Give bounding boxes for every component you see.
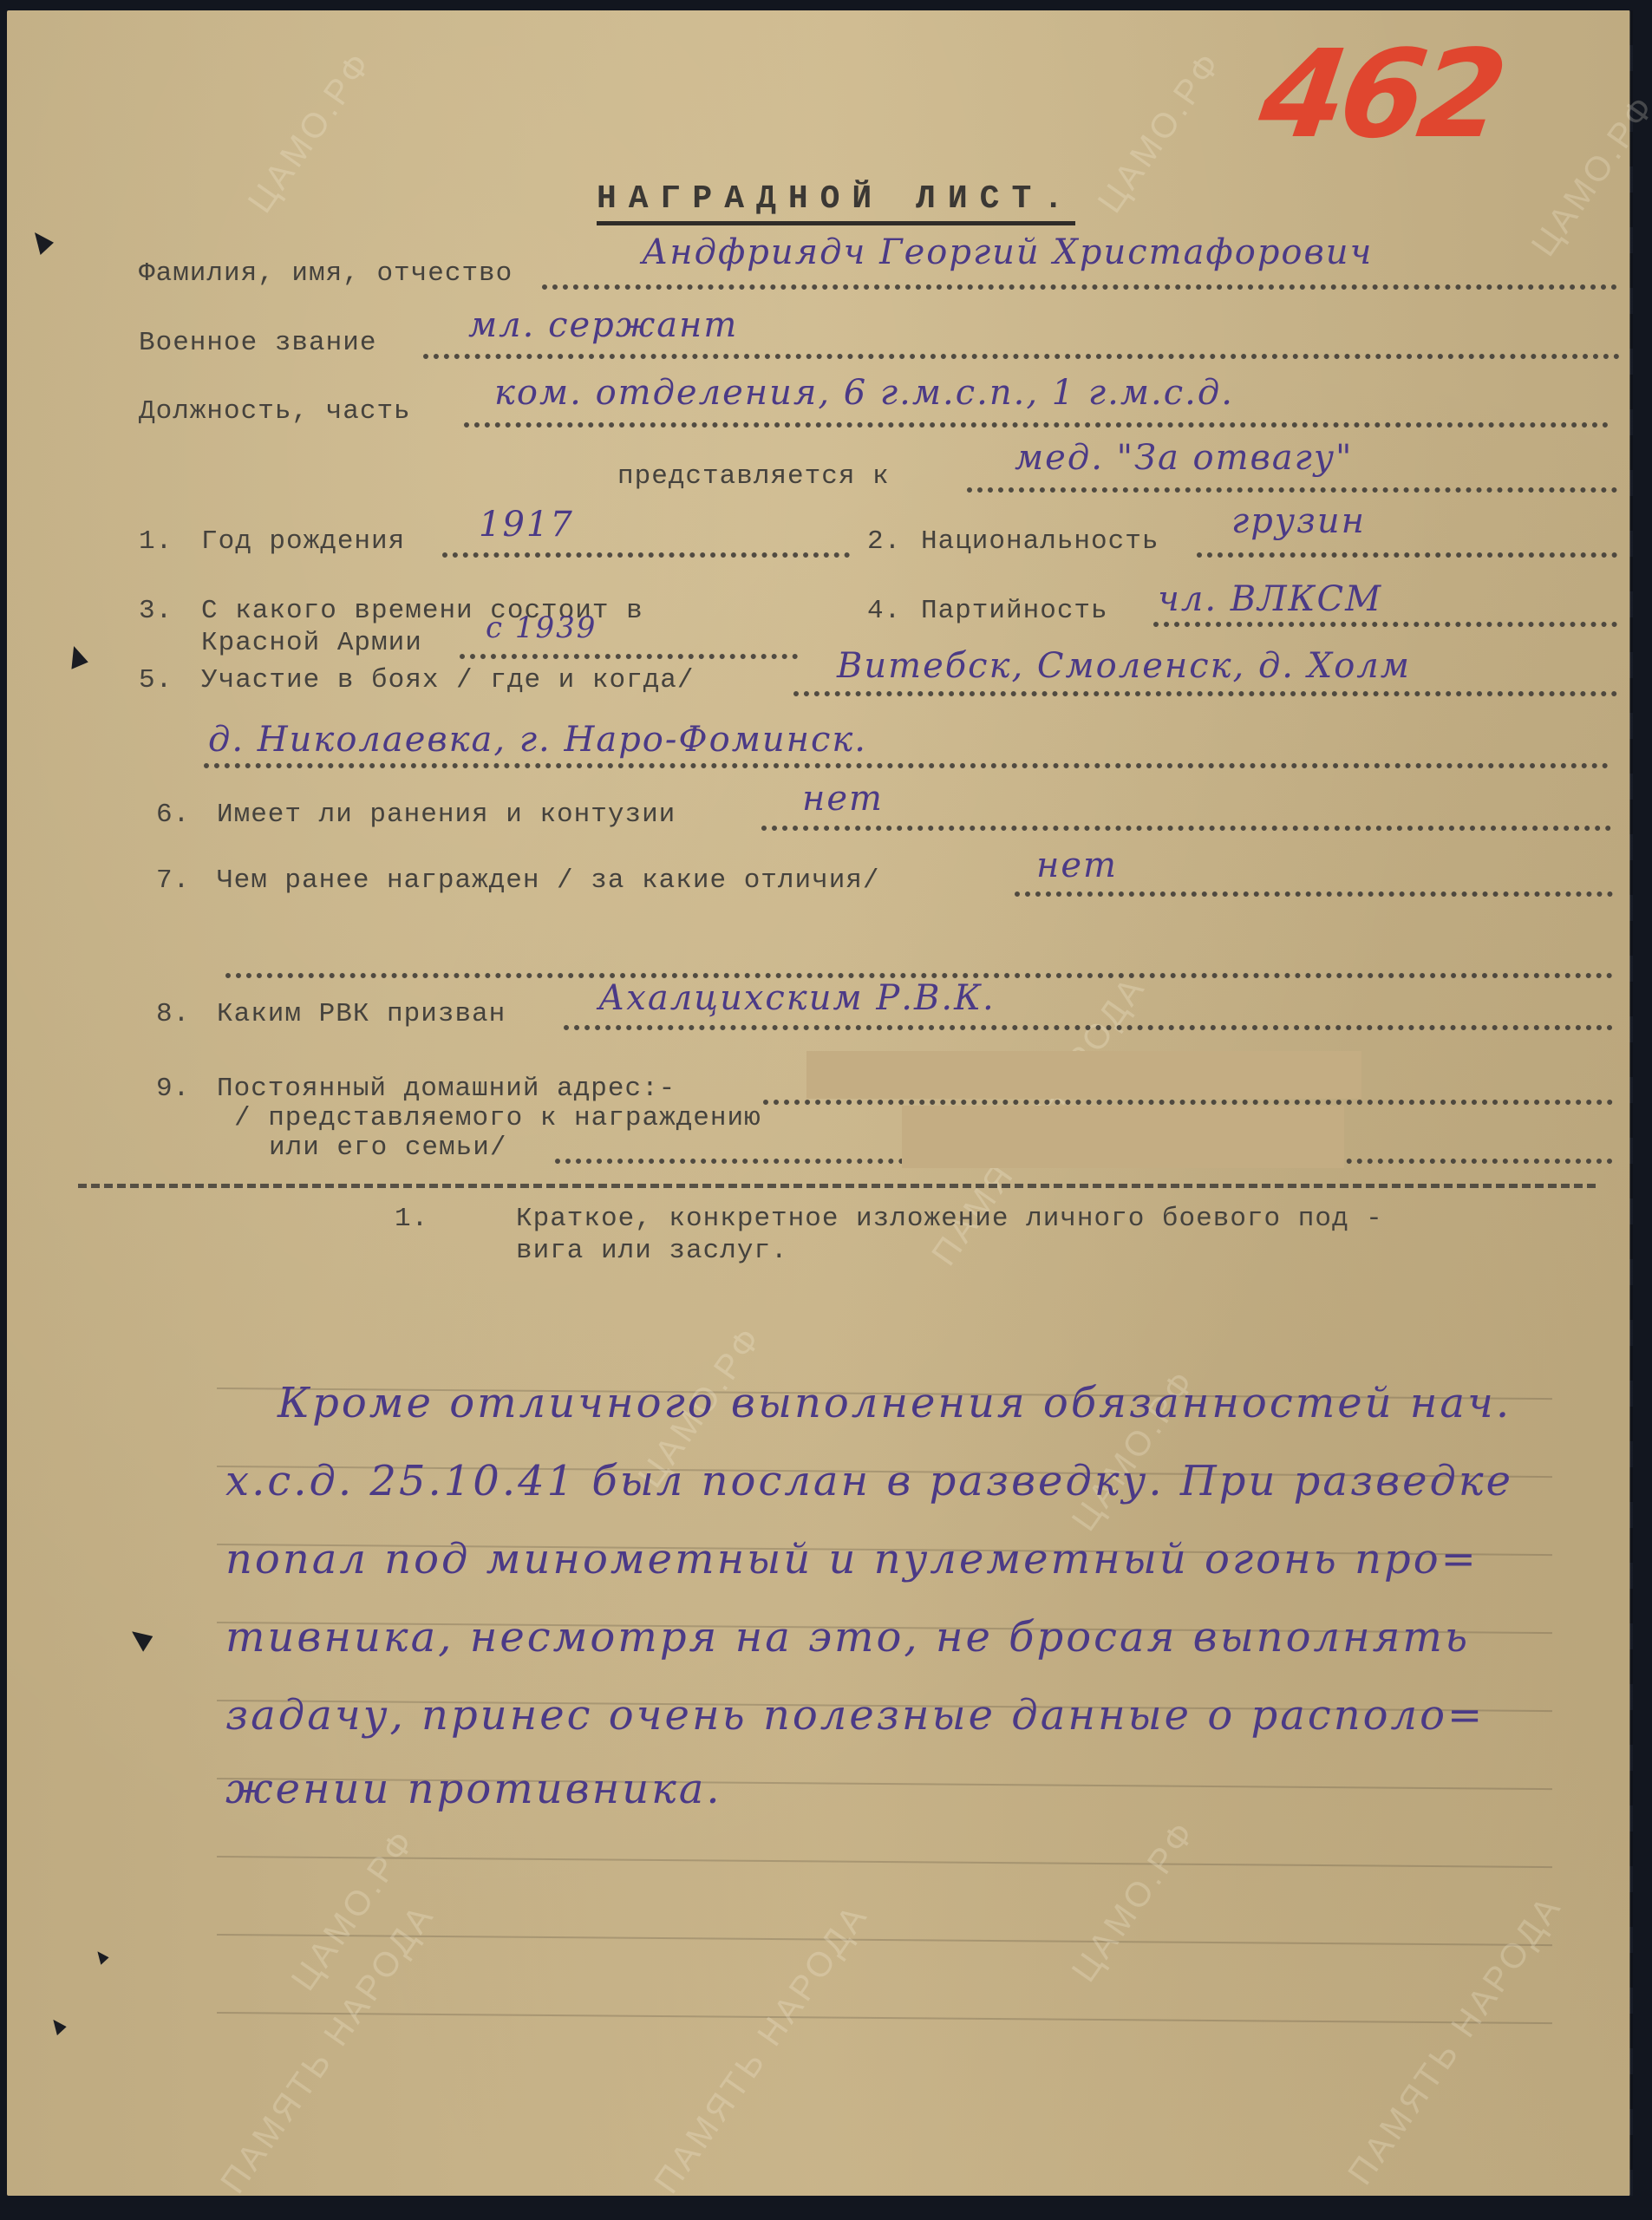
field-label: Фамилия, имя, отчество xyxy=(139,258,513,289)
field-number: 5. xyxy=(139,665,173,695)
field-label-line1: Постоянный домашний адрес:- xyxy=(217,1074,676,1104)
field-value: нет xyxy=(802,779,884,819)
narrative-line: жении противника. xyxy=(225,1765,722,1813)
field-label: Должность, часть xyxy=(139,396,411,427)
section-heading-line2: вига или заслуг. xyxy=(516,1236,788,1266)
field-label-line3: или его семьи/ xyxy=(269,1133,506,1163)
field-label: Имеет ли ранения и контузии xyxy=(217,800,676,830)
field-value: нет xyxy=(1036,846,1118,885)
field-number: 1. xyxy=(139,526,173,557)
field-number: 3. xyxy=(139,596,173,626)
field-label: Каким РВК призван xyxy=(217,999,506,1029)
section-heading-line1: Краткое, конкретное изложение личного бо… xyxy=(516,1204,1383,1234)
field-label: Национальность xyxy=(921,526,1159,557)
field-number: 8. xyxy=(156,999,190,1029)
field-number: 2. xyxy=(867,526,901,557)
field-label: Партийность xyxy=(921,596,1108,626)
narrative-line: х.с.д. 25.10.41 был послан в разведку. П… xyxy=(225,1457,1513,1505)
field-label: Участие в боях / где и когда/ xyxy=(201,665,695,695)
field-value-line1: Витебск, Смоленск, д. Холм xyxy=(837,646,1411,686)
dotted-line xyxy=(464,414,1609,428)
narrative-line: тивника, несмотря на это, не бросая выпо… xyxy=(225,1613,1470,1662)
field-value: чл. ВЛКСМ xyxy=(1158,579,1382,619)
archive-number: 462 xyxy=(1252,24,1510,166)
dotted-line xyxy=(967,479,1617,493)
section-separator xyxy=(78,1175,1596,1188)
field-number: 6. xyxy=(156,800,190,830)
field-label: Военное звание xyxy=(139,328,376,358)
field-value: мед. "За отвагу" xyxy=(1015,438,1353,478)
narrative-line: попал под минометный и пулеметный огонь … xyxy=(225,1535,1479,1583)
field-value: Ахалцихским Р.В.К. xyxy=(598,978,996,1018)
field-value: грузин xyxy=(1231,501,1366,541)
field-number: 7. xyxy=(156,865,190,896)
field-number: 9. xyxy=(156,1074,190,1104)
field-label: Год рождения xyxy=(201,526,405,557)
section-number: 1. xyxy=(395,1204,428,1234)
narrative-line: Кроме отличного выполнения обязанностей … xyxy=(278,1379,1512,1427)
field-value: с 1939 xyxy=(486,610,597,645)
field-label-line2: / представляемого к награждению xyxy=(234,1103,761,1133)
field-value: ком. отделения, 6 г.м.с.п., 1 г.м.с.д. xyxy=(494,373,1234,413)
dotted-line xyxy=(564,1016,1613,1030)
redacted-address-block xyxy=(902,1106,1344,1168)
dotted-line xyxy=(542,276,1617,290)
field-number: 4. xyxy=(867,596,901,626)
field-value: 1917 xyxy=(479,505,574,545)
redacted-address-block xyxy=(806,1051,1361,1099)
document-title: НАГРАДНОЙ ЛИСТ. xyxy=(597,180,1075,225)
dotted-line xyxy=(1197,544,1617,558)
dotted-line xyxy=(225,964,1613,978)
dotted-line xyxy=(423,345,1620,359)
dotted-line xyxy=(761,817,1611,831)
field-value: мл. сержант xyxy=(468,305,738,345)
field-label-line2: Красной Армии xyxy=(201,628,422,658)
paper-torn-edge xyxy=(1629,10,1633,2196)
field-value-line2: д. Николаевка, г. Наро-Фоминск. xyxy=(208,720,867,760)
narrative-line: задачу, принес очень полезные данные о р… xyxy=(225,1691,1485,1740)
field-label: представляется к xyxy=(617,461,890,492)
dotted-line xyxy=(442,544,850,558)
dotted-line xyxy=(460,645,798,659)
field-value: Андфриядч Георгий Христафорович xyxy=(642,232,1373,272)
field-label: Чем ранее награжден / за какие отличия/ xyxy=(217,865,880,896)
